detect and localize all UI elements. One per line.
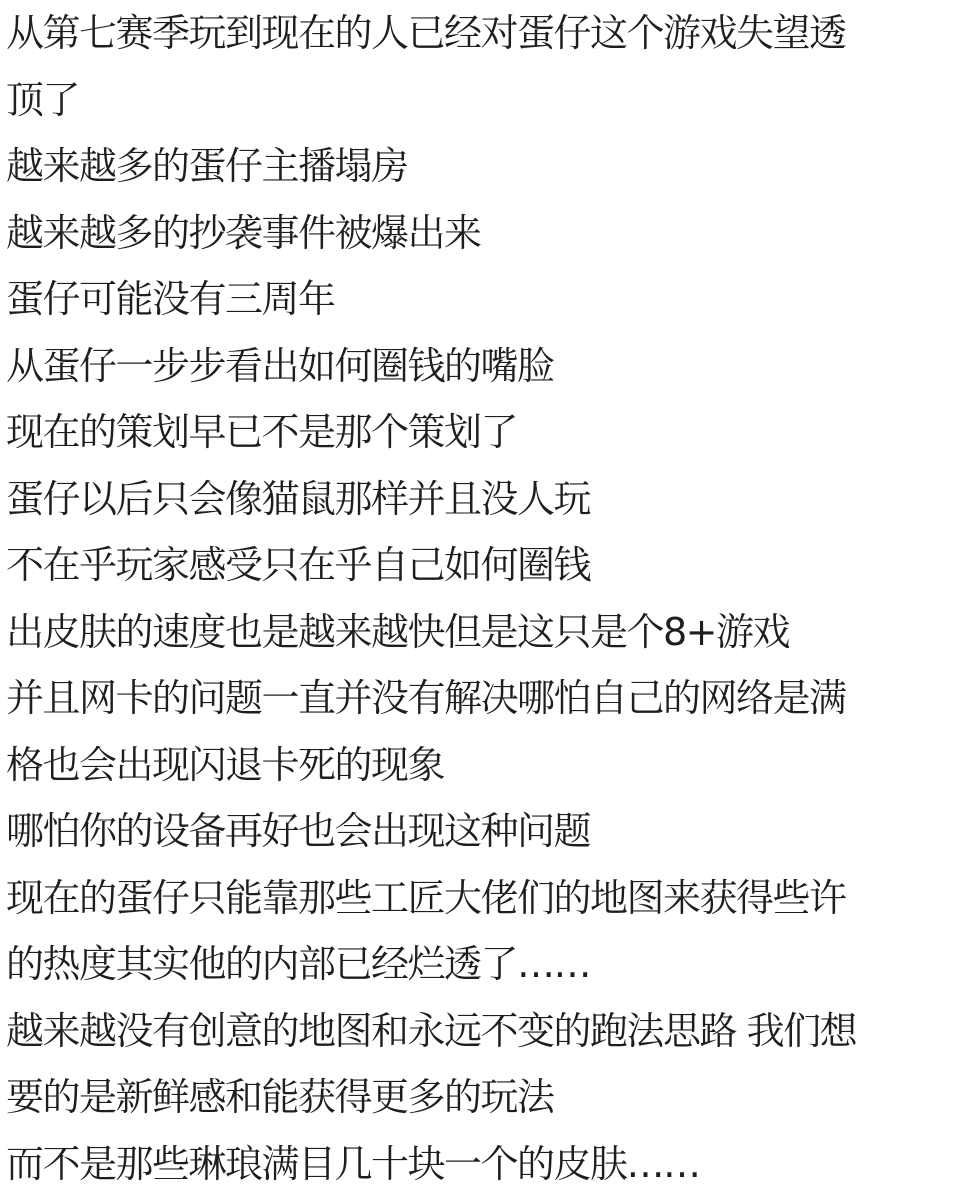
text-line: 并且网卡的问题一直并没有解决哪怕自己的网络是满 [6, 665, 976, 732]
text-line: 的热度其实他的内部已经烂透了…… [6, 931, 976, 998]
text-line: 哪怕你的设备再好也会出现这种问题 [6, 798, 976, 865]
text-line: 要的是新鲜感和能获得更多的玩法 [6, 1064, 976, 1131]
text-line: 现在的蛋仔只能靠那些工匠大佬们的地图来获得些许 [6, 865, 976, 932]
text-line: 蛋仔以后只会像猫鼠那样并且没人玩 [6, 466, 976, 533]
text-line: 从蛋仔一步步看出如何圈钱的嘴脸 [6, 333, 976, 400]
text-line: 出皮肤的速度也是越来越快但是这只是个8+游戏 [6, 599, 976, 666]
text-line: 越来越多的抄袭事件被爆出来 [6, 200, 976, 267]
text-line: 格也会出现闪退卡死的现象 [6, 732, 976, 799]
text-line: 越来越多的蛋仔主播塌房 [6, 133, 976, 200]
text-line: 而不是那些琳琅满目几十块一个的皮肤…… [6, 1131, 976, 1198]
text-line: 越来越没有创意的地图和永远不变的跑法思路 我们想 [6, 998, 976, 1065]
text-line: 蛋仔可能没有三周年 [6, 266, 976, 333]
text-line: 从第七赛季玩到现在的人已经对蛋仔这个游戏失望透 [6, 0, 976, 67]
document-body: 从第七赛季玩到现在的人已经对蛋仔这个游戏失望透 顶了 越来越多的蛋仔主播塌房 越… [6, 0, 976, 1197]
text-line: 顶了 [6, 67, 976, 134]
text-line: 现在的策划早已不是那个策划了 [6, 399, 976, 466]
text-line: 不在乎玩家感受只在乎自己如何圈钱 [6, 532, 976, 599]
